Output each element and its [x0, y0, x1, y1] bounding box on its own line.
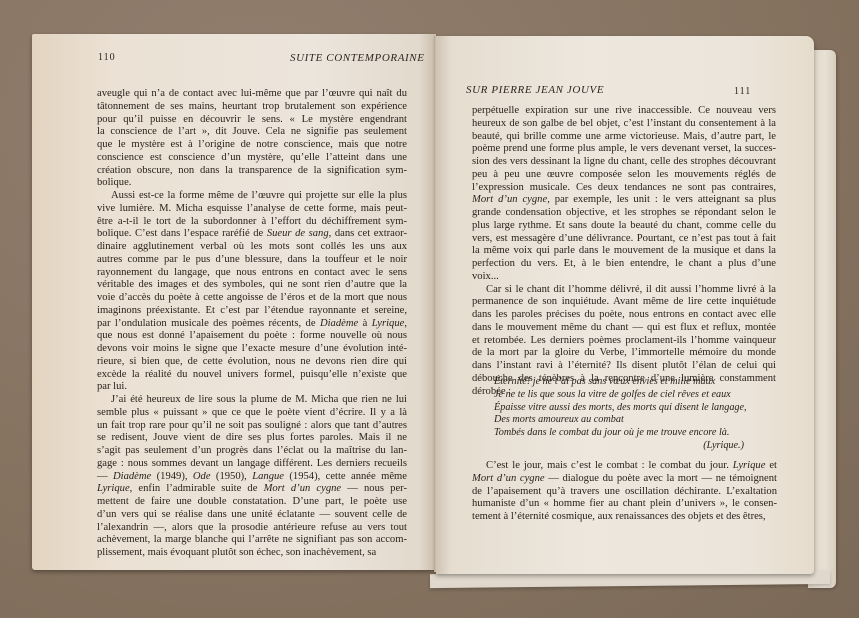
text-line: excède la réalité du nouvel univers form… [97, 369, 407, 382]
text-line: véritable des images et des symboles, qu… [97, 279, 407, 292]
left-page-body: aveugle qui n’a de contact avec lui-même… [97, 88, 407, 560]
text-line: beauté, qui brille comme une arme victor… [472, 131, 776, 144]
text-line: création obscure, non dans la transparen… [97, 165, 407, 178]
text-line: rieure, si bien que, de cette évolution,… [97, 356, 407, 369]
verse-line: Des morts amoureux au combat [494, 414, 774, 427]
text-line: aveugle qui n’a de contact avec lui-même… [97, 88, 407, 101]
text-line: que nous est donné l’apaisement du poète… [97, 330, 407, 343]
right-page-body-continued: C’est le jour, mais c’est le combat : le… [472, 460, 777, 524]
text-line: dans les paroles précises du poète, nous… [472, 309, 776, 322]
text-line: un fait trop rare pour qu’il ne soit pas… [97, 420, 407, 433]
text-line: sion des vers dessinant la ligne du chan… [472, 156, 776, 169]
text-line: être a-t-il le tort de la subordonner à … [97, 216, 407, 229]
text-line: imaginons préexistante. Et c’est par l’é… [97, 305, 407, 318]
text-line: par l’ondulation musicale des poèmes réc… [97, 318, 407, 331]
right-running-head: SUR PIERRE JEAN JOUVE [466, 84, 604, 96]
text-line: bolique. C’est dans l’espace raréfié de … [97, 228, 407, 241]
text-line: tâtonnement de ses mains, heurtant trop … [97, 101, 407, 114]
text-line: voie d’accès du poète à cette angoisse d… [97, 292, 407, 305]
text-line: la même voix qui parle dans le mouvement… [472, 245, 776, 258]
text-line: par lui. [97, 381, 407, 394]
verse-source: (Lyrique.) [494, 440, 774, 453]
text-line: de la mort par la gloire du Verbe, l’imm… [472, 347, 776, 360]
text-line: — Diadème (1949), Ode (1950), Langue (19… [97, 471, 407, 484]
text-line: Car si le chant dit l’homme délivré, il … [472, 284, 776, 297]
text-line: d’un vers qui se réalise dans une unité … [97, 509, 407, 522]
text-line: dinaire agglutinement verbal où les mots… [97, 241, 407, 254]
text-line: gage : nous sommes devant un langage dif… [97, 458, 407, 471]
text-line: perfection du vers. Et, à le bien entend… [472, 258, 776, 271]
text-line: grande condensation objective, et les st… [472, 207, 776, 220]
book-gutter [434, 36, 437, 572]
text-line: Mort d’un cygne — dialogue du poète avec… [472, 473, 777, 486]
text-line: peu à peu une œuvre composée selon les m… [472, 169, 776, 182]
text-line: voix... [472, 271, 776, 284]
text-line: se redisent, Jouve vient de dire ses plu… [97, 432, 407, 445]
text-line: C’est le jour, mais c’est le combat : le… [472, 460, 777, 473]
text-line: pour qu’il puisse en découvrir le sens. … [97, 114, 407, 127]
verse-line: Épaisse vitre aussi des morts, des morts… [494, 402, 774, 415]
verse-quotation: Éternité! je ne t’ai pas sans vœux envie… [494, 376, 774, 453]
left-page-number: 110 [98, 52, 116, 63]
verse-line: Je ne te lis que sous la vitre de golfes… [494, 389, 774, 402]
text-line: Lyrique, enfin l’admirable suite de Mort… [97, 483, 407, 496]
text-line: tement à l’éternité cosmique, aux renais… [472, 511, 777, 524]
text-line: perpétuelle expiration sur une rive inac… [472, 105, 776, 118]
text-line: de l’apaisement qu’à travers une oscilla… [472, 486, 777, 499]
text-line: vive lumière. M. Micha esquisse l’analys… [97, 203, 407, 216]
text-line: J’ai été heureux de lire sous la plume d… [97, 394, 407, 407]
text-line: que le mystère est à l’origine de notre … [97, 139, 407, 152]
text-line: Mort d’un cygne, par exemple, les unit :… [472, 194, 776, 207]
text-line: devons voir moins le signe que l’exacte … [97, 343, 407, 356]
text-line: conscience est conscience d’un mystère, … [97, 152, 407, 165]
text-line: dans l’instant ravi à l’éternité? Ils di… [472, 360, 776, 373]
right-page-body: perpétuelle expiration sur une rive inac… [472, 105, 776, 398]
left-running-head: SUITE CONTEMPORAINE [290, 52, 425, 64]
text-line: dans le mouvement même du chant — qui es… [472, 322, 776, 335]
text-line: autres comme par le pus d’une blessure, … [97, 254, 407, 267]
text-line: poème prend une forme plus ample, le ver… [472, 143, 776, 156]
text-line: plissement, mais évoquant plutôt son éch… [97, 547, 407, 560]
right-page-number: 111 [734, 86, 751, 97]
text-line: humaniste d’un « homme fier au chant ple… [472, 498, 777, 511]
verse-line: Éternité! je ne t’ai pas sans vœux envie… [494, 376, 774, 389]
text-line: heureux de son galbe de bel objet, c’est… [472, 118, 776, 131]
text-line: l’alexandrin —, alors que la prosodie an… [97, 522, 407, 535]
text-line: mettent de faire une double constatation… [97, 496, 407, 509]
text-line: et retombée. Les derniers poèmes proclam… [472, 335, 776, 348]
text-line: semble plus « puissant » que ce que le p… [97, 407, 407, 420]
text-line: achèvement, la marge blanche qui l’arrêt… [97, 534, 407, 547]
text-line: s’agit pas seulement d’un progrès dans l… [97, 445, 407, 458]
text-line: rayonnement du langage, que nous entrons… [97, 267, 407, 280]
verse-line: Tombés dans le combat du jour où je me t… [494, 427, 774, 440]
text-line: bolique. [97, 177, 407, 190]
text-line: Aussi est-ce la forme même de l’œuvre qu… [97, 190, 407, 203]
text-line: la conscience de l’art », dit Jouve. Cel… [97, 126, 407, 139]
text-line: permanence de son inquiétude. Avant même… [472, 296, 776, 309]
text-line: plus large rythme. Et sans doute la beau… [472, 220, 776, 233]
text-line: vers, est messagère d’une délivrance. Po… [472, 233, 776, 246]
text-line: l’expression musicale. Ces deux tendance… [472, 182, 776, 195]
